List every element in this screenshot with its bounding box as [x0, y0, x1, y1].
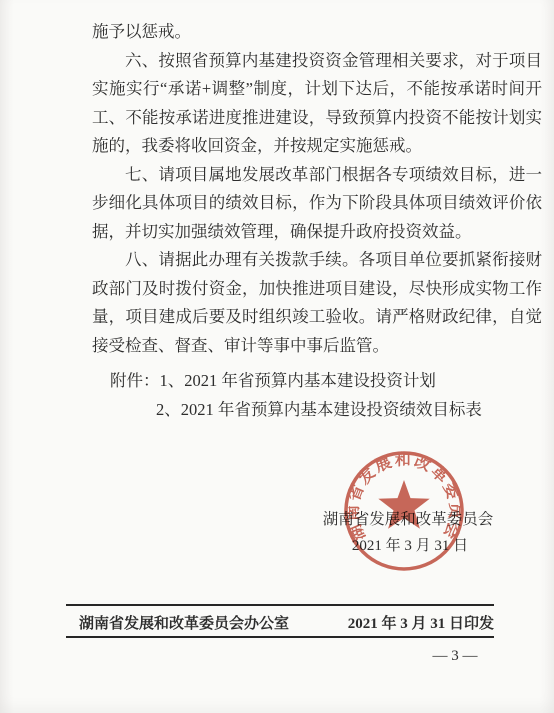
document-body: 施予以惩戒。 六、按照省预算内基建投资资金管理相关要求，对于项目实施实行“承诺+…	[92, 18, 542, 424]
document-page: 施予以惩戒。 六、按照省预算内基建投资资金管理相关要求，对于项目实施实行“承诺+…	[0, 0, 554, 713]
attachment-label: 附件：	[110, 371, 160, 390]
body-paragraph-continuation: 施予以惩戒。	[92, 18, 542, 47]
footer-row: 湖南省发展和改革委员会办公室 2021 年 3 月 31 日印发	[66, 609, 494, 635]
signature-date: 2021 年 3 月 31 日	[340, 534, 480, 555]
footer-print-date: 2021 年 3 月 31 日印发	[348, 612, 494, 633]
page-number: — 3 —	[410, 648, 500, 665]
attachment-list: 附件：1、2021 年省预算内基本建设投资计划 2、2021 年省预算内基本建设…	[92, 366, 542, 424]
footer-rule-top	[66, 604, 494, 606]
body-paragraph-item-6: 六、按照省预算内基建投资资金管理相关要求，对于项目实施实行“承诺+调整”制度，计…	[92, 47, 542, 161]
seal-ring-text: 湖南省发展和改革委员会	[343, 450, 464, 544]
attachment-item-1: 1、2021 年省预算内基本建设投资计划	[160, 371, 436, 390]
attachment-item-2: 2、2021 年省预算内基本建设投资绩效目标表	[92, 395, 542, 424]
attachment-line: 附件：1、2021 年省预算内基本建设投资计划	[92, 366, 542, 395]
footer-rule-bottom	[66, 636, 494, 638]
body-paragraph-item-7: 七、请项目属地发展改革部门根据各专项绩效目标，进一步细化具体项目的绩效目标，作为…	[92, 161, 542, 247]
footer-office: 湖南省发展和改革委员会办公室	[66, 612, 289, 633]
signature-org: 湖南省发展和改革委员会	[322, 507, 494, 529]
body-paragraph-item-8: 八、请据此办理有关拨款手续。各项目单位要抓紧衔接财政部门及时拨付资金，加快推进项…	[92, 246, 542, 360]
